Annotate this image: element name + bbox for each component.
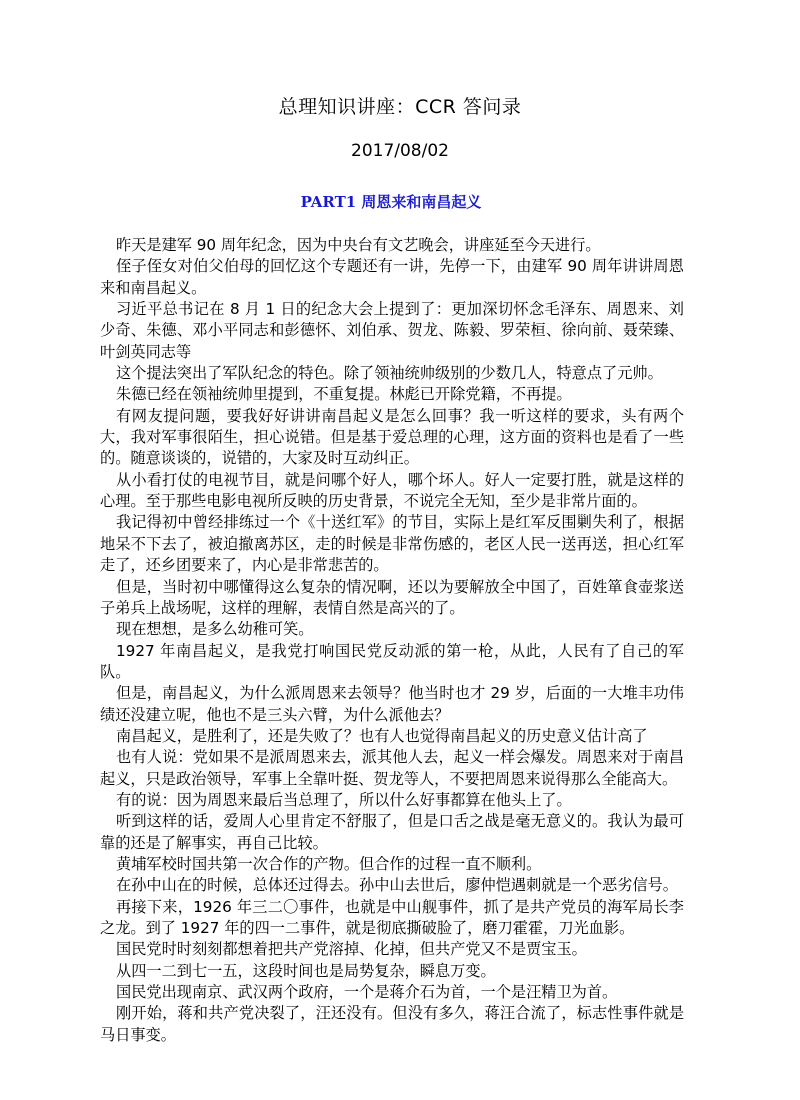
document-date: 2017/08/02 — [0, 140, 800, 162]
paragraph: 1927 年南昌起义，是我党打响国民党反动派的第一枪，从此，人民有了自己的军队。 — [100, 641, 684, 684]
paragraph: 有网友提问题，要我好好讲讲南昌起义是怎么回事？我一听这样的要求，头有两个大，我对… — [100, 406, 684, 470]
section-heading: PART1 周恩来和南昌起义 — [0, 192, 782, 212]
paragraph: 有的说：因为周恩来最后当总理了，所以什么好事都算在他头上了。 — [100, 790, 684, 811]
paragraph: 现在想想，是多么幼稚可笑。 — [100, 619, 684, 640]
paragraph: 朱德已经在领袖统帅里提到，不重复提。林彪已开除党籍，不再提。 — [100, 384, 684, 405]
paragraph: 也有人说：党如果不是派周恩来去，派其他人去，起义一样会爆发。周恩来对于南昌起义，… — [100, 747, 684, 790]
paragraph: 但是，南昌起义，为什么派周恩来去领导？他当时也才 29 岁，后面的一大堆丰功伟绩… — [100, 683, 684, 726]
paragraph: 我记得初中曾经排练过一个《十送红军》的节目，实际上是红军反围剿失利了，根据地呆不… — [100, 512, 684, 576]
paragraph: 再接下来，1926 年三二〇事件，也就是中山舰事件，抓了是共产党员的海军局长李之… — [100, 897, 684, 940]
paragraph: 黄埔军校时国共第一次合作的产物。但合作的过程一直不顺利。 — [100, 854, 684, 875]
paragraph: 在孙中山在的时候，总体还过得去。孙中山去世后，廖仲恺遇刺就是一个恶劣信号。 — [100, 875, 684, 896]
paragraph: 但是，当时初中哪懂得这么复杂的情况啊，还以为要解放全中国了，百姓箪食壶浆送子弟兵… — [100, 577, 684, 620]
document-page: 总理知识讲座：CCR 答问录 2017/08/02 PART1 周恩来和南昌起义… — [0, 0, 800, 1100]
paragraph: 侄子侄女对伯父伯母的回忆这个专题还有一讲，先停一下，由建军 90 周年讲讲周恩来… — [100, 256, 684, 299]
paragraph: 习近平总书记在 8 月 1 日的纪念大会上提到了：更加深切怀念毛泽东、周恩来、刘… — [100, 299, 684, 363]
paragraph: 从四一二到七一五，这段时间也是局势复杂，瞬息万变。 — [100, 961, 684, 982]
paragraph: 听到这样的话，爱周人心里肯定不舒服了，但是口舌之战是毫无意义的。我认为最可靠的还… — [100, 811, 684, 854]
paragraph: 南昌起义，是胜利了，还是失败了？也有人也觉得南昌起义的历史意义估计高了 — [100, 726, 684, 747]
document-title: 总理知识讲座：CCR 答问录 — [0, 95, 800, 119]
paragraph: 从小看打仗的电视节目，就是问哪个好人，哪个坏人。好人一定要打胜，就是这样的心理。… — [100, 470, 684, 513]
paragraph: 这个提法突出了军队纪念的特色。除了领袖统帅级别的少数几人，特意点了元帅。 — [100, 363, 684, 384]
paragraph: 国民党出现南京、武汉两个政府，一个是蒋介石为首，一个是汪精卫为首。 — [100, 982, 684, 1003]
paragraph: 昨天是建军 90 周年纪念，因为中央台有文艺晚会，讲座延至今天进行。 — [100, 235, 684, 256]
paragraph: 刚开始，蒋和共产党决裂了，汪还没有。但没有多久，蒋汪合流了，标志性事件就是马日事… — [100, 1003, 684, 1046]
document-body: 昨天是建军 90 周年纪念，因为中央台有文艺晚会，讲座延至今天进行。 侄子侄女对… — [100, 235, 684, 1046]
paragraph: 国民党时时刻刻都想着把共产党溶掉、化掉，但共产党又不是贾宝玉。 — [100, 939, 684, 960]
